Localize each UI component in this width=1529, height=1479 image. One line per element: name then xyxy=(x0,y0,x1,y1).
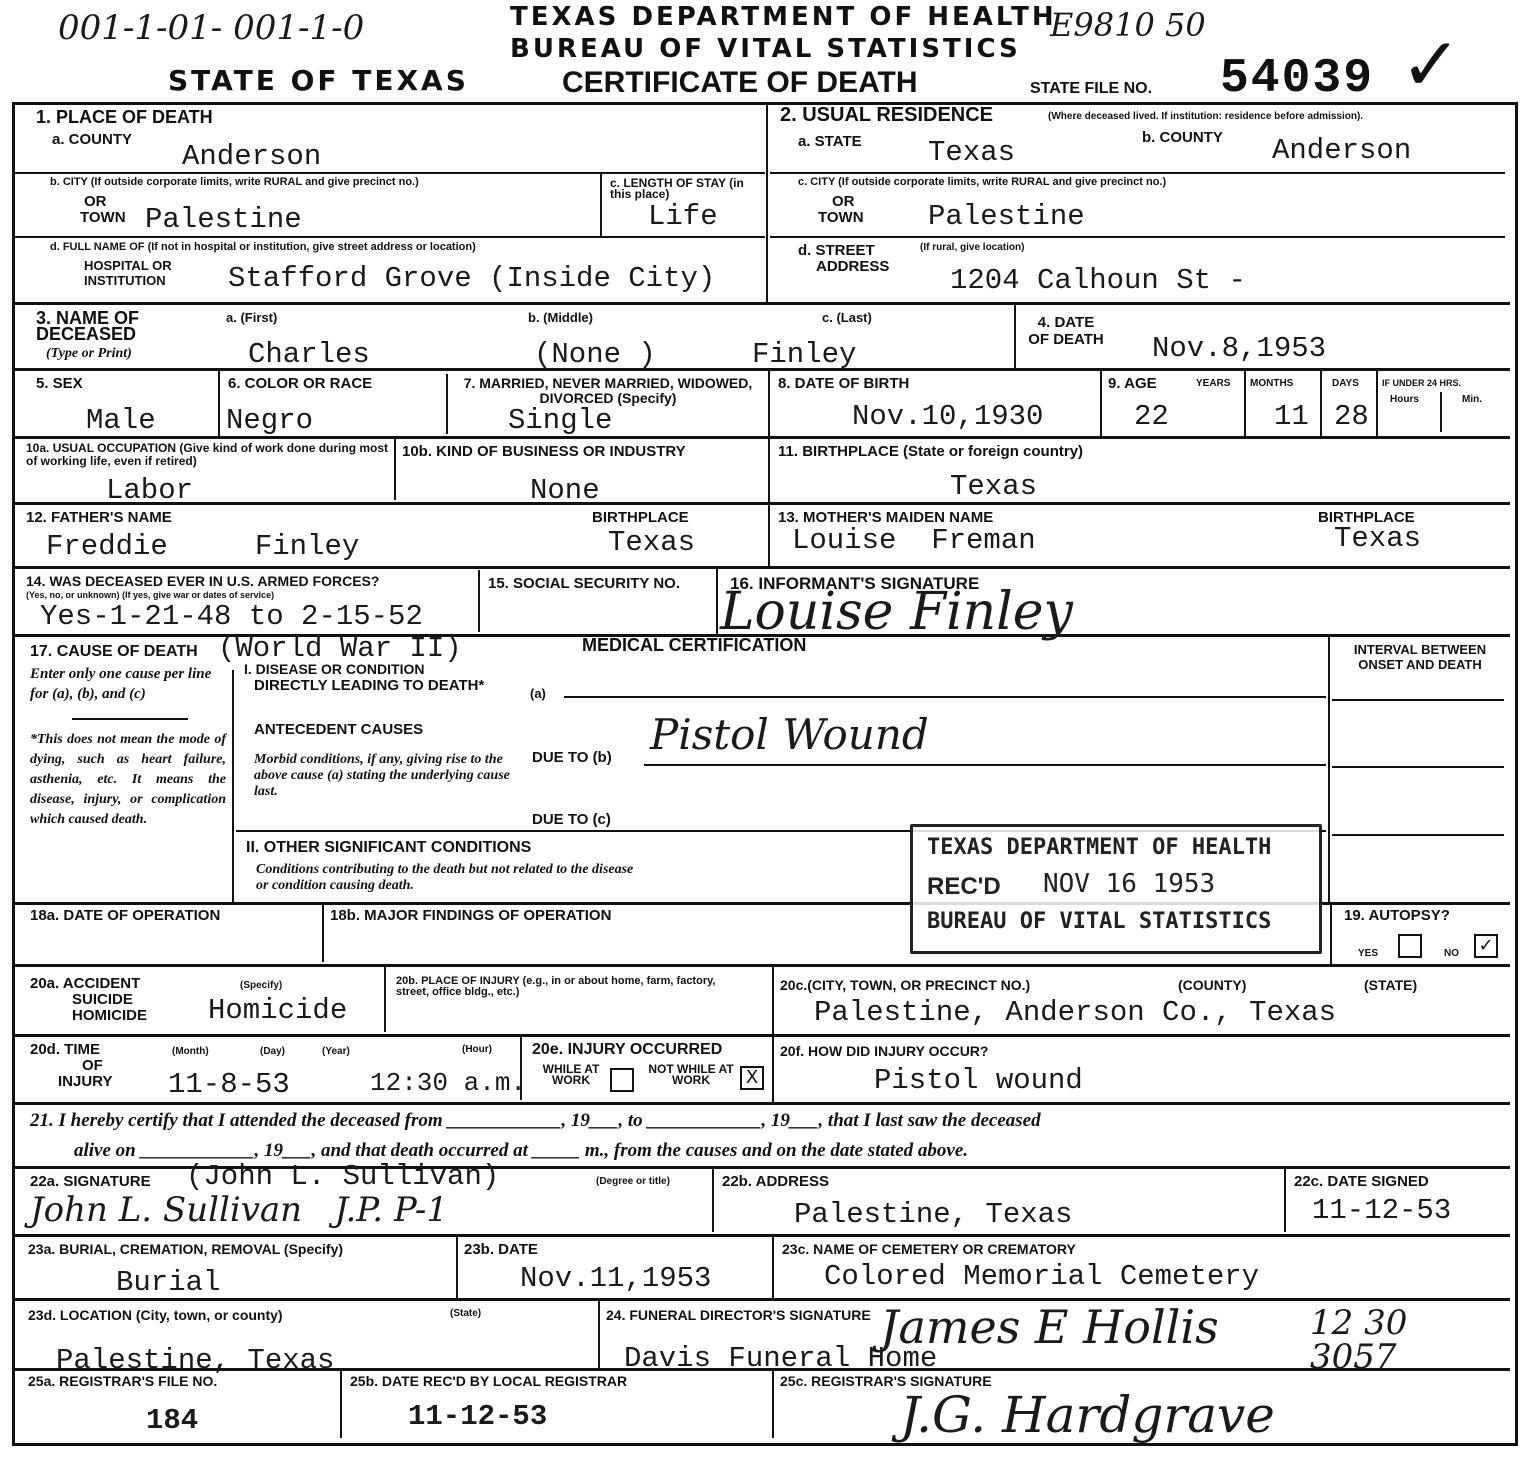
date-of-birth-value: Nov.10,1930 xyxy=(852,400,1043,433)
registrar-date-value: 11-12-53 xyxy=(408,1400,547,1433)
handwritten-code-left: 001-1-01- 001-1-0 xyxy=(58,8,364,48)
certification-line-2: alive on ____________, 19___, and that d… xyxy=(74,1140,968,1162)
place-of-injury-label: 20b. PLACE OF INJURY (e.g., in or about … xyxy=(396,976,736,998)
first-name-value: Charles xyxy=(248,338,370,371)
hospital-label-3: INSTITUTION xyxy=(84,273,166,288)
cemetery-label: 23c. NAME OF CEMETERY OR CREMATORY xyxy=(782,1242,1076,1257)
burial-method-value: Burial xyxy=(116,1266,220,1299)
mother-name-value: Louise Freman xyxy=(792,524,1036,557)
year-label: (Year) xyxy=(322,1046,350,1057)
usual-residence-note: (Where deceased lived. If institution: r… xyxy=(1048,111,1478,122)
armed-forces-label: 14. WAS DECEASED EVER IN U.S. ARMED FORC… xyxy=(26,574,379,588)
sex-value: Male xyxy=(86,404,156,437)
stamp-line-1: TEXAS DEPARTMENT OF HEALTH xyxy=(927,835,1271,860)
autopsy-no-checkbox[interactable]: ✓ xyxy=(1474,934,1498,958)
ssn-label: 15. SOCIAL SECURITY NO. xyxy=(488,576,680,591)
state-file-no-label: STATE FILE NO. xyxy=(1030,80,1152,98)
physician-signature: John L. Sullivan J.P. P-1 xyxy=(30,1190,448,1230)
injury-city-label: 20c.(CITY, TOWN, OR PRECINCT NO.) xyxy=(780,978,1030,993)
degree-title-label: (Degree or title) xyxy=(596,1176,670,1187)
injury-county-label: (COUNTY) xyxy=(1178,978,1246,993)
age-months-value: 11 xyxy=(1274,400,1309,433)
stamp-line-3: BUREAU OF VITAL STATISTICS xyxy=(927,909,1271,934)
date-signed-value: 11-12-53 xyxy=(1312,1194,1451,1227)
cause-of-death-note: Enter only one cause per line for (a), (… xyxy=(30,664,226,704)
check-mark-icon: ✓ xyxy=(1400,22,1462,108)
min-label: Min. xyxy=(1462,394,1482,405)
injury-type-label-1: 20a. ACCIDENT xyxy=(30,976,140,991)
date-of-death-label: 4. DATE OF DEATH xyxy=(1026,314,1106,348)
residence-county-value: Anderson xyxy=(1272,134,1411,167)
name-of-deceased-label: 3. NAME OF DECEASED xyxy=(36,310,186,342)
last-name-label: c. (Last) xyxy=(822,310,872,325)
other-conditions-label: II. OTHER SIGNIFICANT CONDITIONS xyxy=(246,840,531,855)
cause-of-death-label: 17. CAUSE OF DEATH xyxy=(30,644,198,659)
while-at-work-checkbox[interactable] xyxy=(610,1068,634,1092)
residence-city-label: c. CITY (If outside corporate limits, wr… xyxy=(798,177,1166,188)
father-name-value: Freddie Finley xyxy=(46,530,359,563)
burial-date-label: 23b. DATE xyxy=(464,1242,538,1257)
hours-label: Hours xyxy=(1390,394,1419,405)
autopsy-no-label: NO xyxy=(1444,948,1459,959)
funeral-director-label: 24. FUNERAL DIRECTOR'S SIGNATURE xyxy=(606,1308,871,1323)
injury-state-label: (STATE) xyxy=(1364,978,1417,993)
burial-method-label: 23a. BURIAL, CREMATION, REMOVAL (Specify… xyxy=(28,1242,343,1257)
injury-location-value: Palestine, Anderson Co., Texas xyxy=(814,996,1336,1029)
industry-label: 10b. KIND OF BUSINESS OR INDUSTRY xyxy=(402,444,686,459)
first-name-label: a. (First) xyxy=(226,310,277,325)
date-signed-label: 22c. DATE SIGNED xyxy=(1294,1174,1429,1189)
cause-b-value: Pistol Wound xyxy=(650,710,929,759)
not-while-at-work-checkbox[interactable]: X xyxy=(740,1066,764,1090)
street-label: d. STREET xyxy=(798,243,875,258)
industry-value: None xyxy=(530,474,600,507)
age-label: 9. AGE xyxy=(1108,376,1157,391)
marital-value: Single xyxy=(508,404,612,437)
state-file-no: 54039 xyxy=(1220,52,1374,106)
registrar-file-value: 184 xyxy=(146,1404,198,1437)
mother-name-label: 13. MOTHER'S MAIDEN NAME xyxy=(778,510,993,525)
residence-or-label: OR xyxy=(832,194,855,209)
residence-town-label: TOWN xyxy=(818,210,864,225)
injury-specify-label: (Specify) xyxy=(240,980,282,991)
birthplace-value: Texas xyxy=(950,470,1037,503)
antecedent-causes-label: ANTECEDENT CAUSES xyxy=(254,722,423,737)
registrar-date-label: 25b. DATE REC'D BY LOCAL REGISTRAR xyxy=(350,1374,627,1389)
date-of-operation-label: 18a. DATE OF OPERATION xyxy=(30,908,220,923)
burial-location-state-label: (State) xyxy=(450,1308,481,1319)
stamp-date: NOV 16 1953 xyxy=(1043,869,1215,899)
other-conditions-note: Conditions contributing to the death but… xyxy=(256,862,636,894)
injury-type-value: Homicide xyxy=(208,994,347,1027)
years-label: YEARS xyxy=(1196,378,1230,389)
cemetery-value: Colored Memorial Cemetery xyxy=(824,1260,1259,1293)
not-while-at-work-label: NOT WHILE AT WORK xyxy=(648,1064,734,1086)
sex-label: 5. SEX xyxy=(36,376,83,391)
disease-label-2: DIRECTLY LEADING TO DEATH* xyxy=(254,678,484,693)
county-label: a. COUNTY xyxy=(52,132,132,147)
signature-typed-name: (John L. Sullivan) xyxy=(186,1160,499,1193)
autopsy-label: 19. AUTOPSY? xyxy=(1344,908,1450,923)
funeral-director-signature: James E Hollis xyxy=(880,1300,1219,1354)
antecedent-note: Morbid conditions, if any, giving rise t… xyxy=(254,752,528,800)
cause-of-death-footnote: *This does not mean the mode of dying, s… xyxy=(30,730,226,830)
time-of-injury-label-1: 20d. TIME xyxy=(30,1042,100,1057)
day-label: (Day) xyxy=(260,1046,285,1057)
mother-birthplace-value: Texas xyxy=(1334,522,1421,555)
cause-b-label: DUE TO (b) xyxy=(532,750,612,765)
days-label: DAYS xyxy=(1332,378,1359,389)
how-injury-value: Pistol wound xyxy=(874,1064,1083,1097)
occupation-value: Labor xyxy=(106,474,193,507)
handwritten-code-right: E9810 50 xyxy=(1050,6,1206,44)
certificate-title: CERTIFICATE OF DEATH xyxy=(562,66,918,100)
residence-city-value: Palestine xyxy=(928,200,1085,233)
under-24-label: IF UNDER 24 HRS. xyxy=(1382,378,1461,389)
residence-state-label: a. STATE xyxy=(798,134,862,149)
father-name-label: 12. FATHER'S NAME xyxy=(26,510,172,525)
certification-line-1: 21. I hereby certify that I attended the… xyxy=(30,1110,1041,1132)
race-label: 6. COLOR OR RACE xyxy=(228,376,372,391)
occupation-label: 10a. USUAL OCCUPATION (Give kind of work… xyxy=(26,442,391,468)
major-findings-label: 18b. MAJOR FINDINGS OF OPERATION xyxy=(330,908,611,923)
injury-type-label-3: HOMICIDE xyxy=(72,1008,147,1023)
burial-date-value: Nov.11,1953 xyxy=(520,1262,711,1295)
race-value: Negro xyxy=(226,404,313,437)
injury-date-value: 11-8-53 xyxy=(168,1068,290,1101)
death-city-value: Palestine xyxy=(145,203,302,236)
usual-residence-label: 2. USUAL RESIDENCE xyxy=(780,108,993,123)
certifier-address-label: 22b. ADDRESS xyxy=(722,1174,829,1189)
interval-label: INTERVAL BETWEEN ONSET AND DEATH xyxy=(1340,642,1500,672)
length-of-stay-value: Life xyxy=(648,200,718,233)
hour-label: (Hour) xyxy=(462,1044,492,1055)
armed-forces-value: Yes-1-21-48 to 2-15-52 xyxy=(40,600,423,633)
informant-signature: Louise Finley xyxy=(720,582,1073,642)
city-or-label: OR xyxy=(84,194,107,209)
middle-name-value: (None ) xyxy=(534,338,656,371)
certifier-address-value: Palestine, Texas xyxy=(794,1198,1072,1231)
age-years-value: 22 xyxy=(1134,400,1169,433)
birthplace-label: 11. BIRTHPLACE (State or foreign country… xyxy=(778,444,1083,459)
registrar-signature: J.G. Hardgrave xyxy=(900,1386,1275,1444)
marital-label: 7. MARRIED, NEVER MARRIED, WIDOWED, DIVO… xyxy=(458,376,758,406)
month-label: (Month) xyxy=(172,1046,209,1057)
department-line-1: TEXAS DEPARTMENT OF HEALTH xyxy=(510,2,1057,32)
hospital-label-2: HOSPITAL OR xyxy=(84,258,172,273)
age-days-value: 28 xyxy=(1334,400,1369,433)
death-county-value: Anderson xyxy=(182,140,321,173)
street-note: (If rural, give location) xyxy=(920,242,1024,253)
cause-c-label: DUE TO (c) xyxy=(532,812,611,827)
last-name-value: Finley xyxy=(752,338,856,371)
city-label: b. CITY (If outside corporate limits, wr… xyxy=(50,177,419,188)
injury-type-label-2: SUICIDE xyxy=(72,992,133,1007)
autopsy-yes-label: YES xyxy=(1358,948,1378,959)
father-birthplace-value: Texas xyxy=(608,526,695,559)
street-value: 1204 Calhoun St - xyxy=(950,264,1246,297)
stamp-received: REC'D xyxy=(927,873,1001,901)
middle-name-label: b. (Middle) xyxy=(528,310,593,325)
hospital-label: d. FULL NAME OF (If not in hospital or i… xyxy=(50,242,476,253)
months-label: MONTHS xyxy=(1250,378,1293,389)
time-of-injury-label-3: INJURY xyxy=(58,1074,112,1089)
funeral-director-note: 12 30 3057 xyxy=(1310,1306,1480,1374)
while-at-work-label: WHILE AT WORK xyxy=(536,1064,606,1086)
time-of-injury-label-2: OF xyxy=(82,1058,103,1073)
autopsy-yes-checkbox[interactable] xyxy=(1398,934,1422,958)
date-of-death-value: Nov.8,1953 xyxy=(1152,332,1326,365)
registrar-file-label: 25a. REGISTRAR'S FILE NO. xyxy=(28,1374,217,1389)
date-of-birth-label: 8. DATE OF BIRTH xyxy=(778,376,909,391)
residence-state-value: Texas xyxy=(928,136,1015,169)
injury-hour-value: 12:30 a.m. xyxy=(370,1068,526,1098)
burial-location-label: 23d. LOCATION (City, town, or county) xyxy=(28,1308,283,1323)
department-line-2: BUREAU OF VITAL STATISTICS xyxy=(510,34,1021,64)
injury-occurred-label: 20e. INJURY OCCURRED xyxy=(532,1042,722,1057)
medical-certification-heading: MEDICAL CERTIFICATION xyxy=(582,638,806,653)
signature-label: 22a. SIGNATURE xyxy=(30,1174,151,1189)
father-birthplace-label: BIRTHPLACE xyxy=(592,510,689,525)
street-label-2: ADDRESS xyxy=(816,259,889,274)
length-of-stay-label: c. LENGTH OF STAY (in this place) xyxy=(610,178,760,200)
residence-county-label: b. COUNTY xyxy=(1142,130,1223,145)
cause-a-label: (a) xyxy=(530,686,546,701)
name-note: (Type or Print) xyxy=(46,346,132,362)
state-heading: STATE OF TEXAS xyxy=(168,64,469,97)
how-injury-label: 20f. HOW DID INJURY OCCUR? xyxy=(780,1044,988,1059)
disease-label: I. DISEASE OR CONDITION xyxy=(244,662,424,677)
received-stamp: TEXAS DEPARTMENT OF HEALTH REC'D NOV 16 … xyxy=(910,824,1322,954)
city-town-label: TOWN xyxy=(80,210,126,225)
hospital-value: Stafford Grove (Inside City) xyxy=(228,262,715,295)
place-of-death-label: 1. PLACE OF DEATH xyxy=(36,110,213,125)
